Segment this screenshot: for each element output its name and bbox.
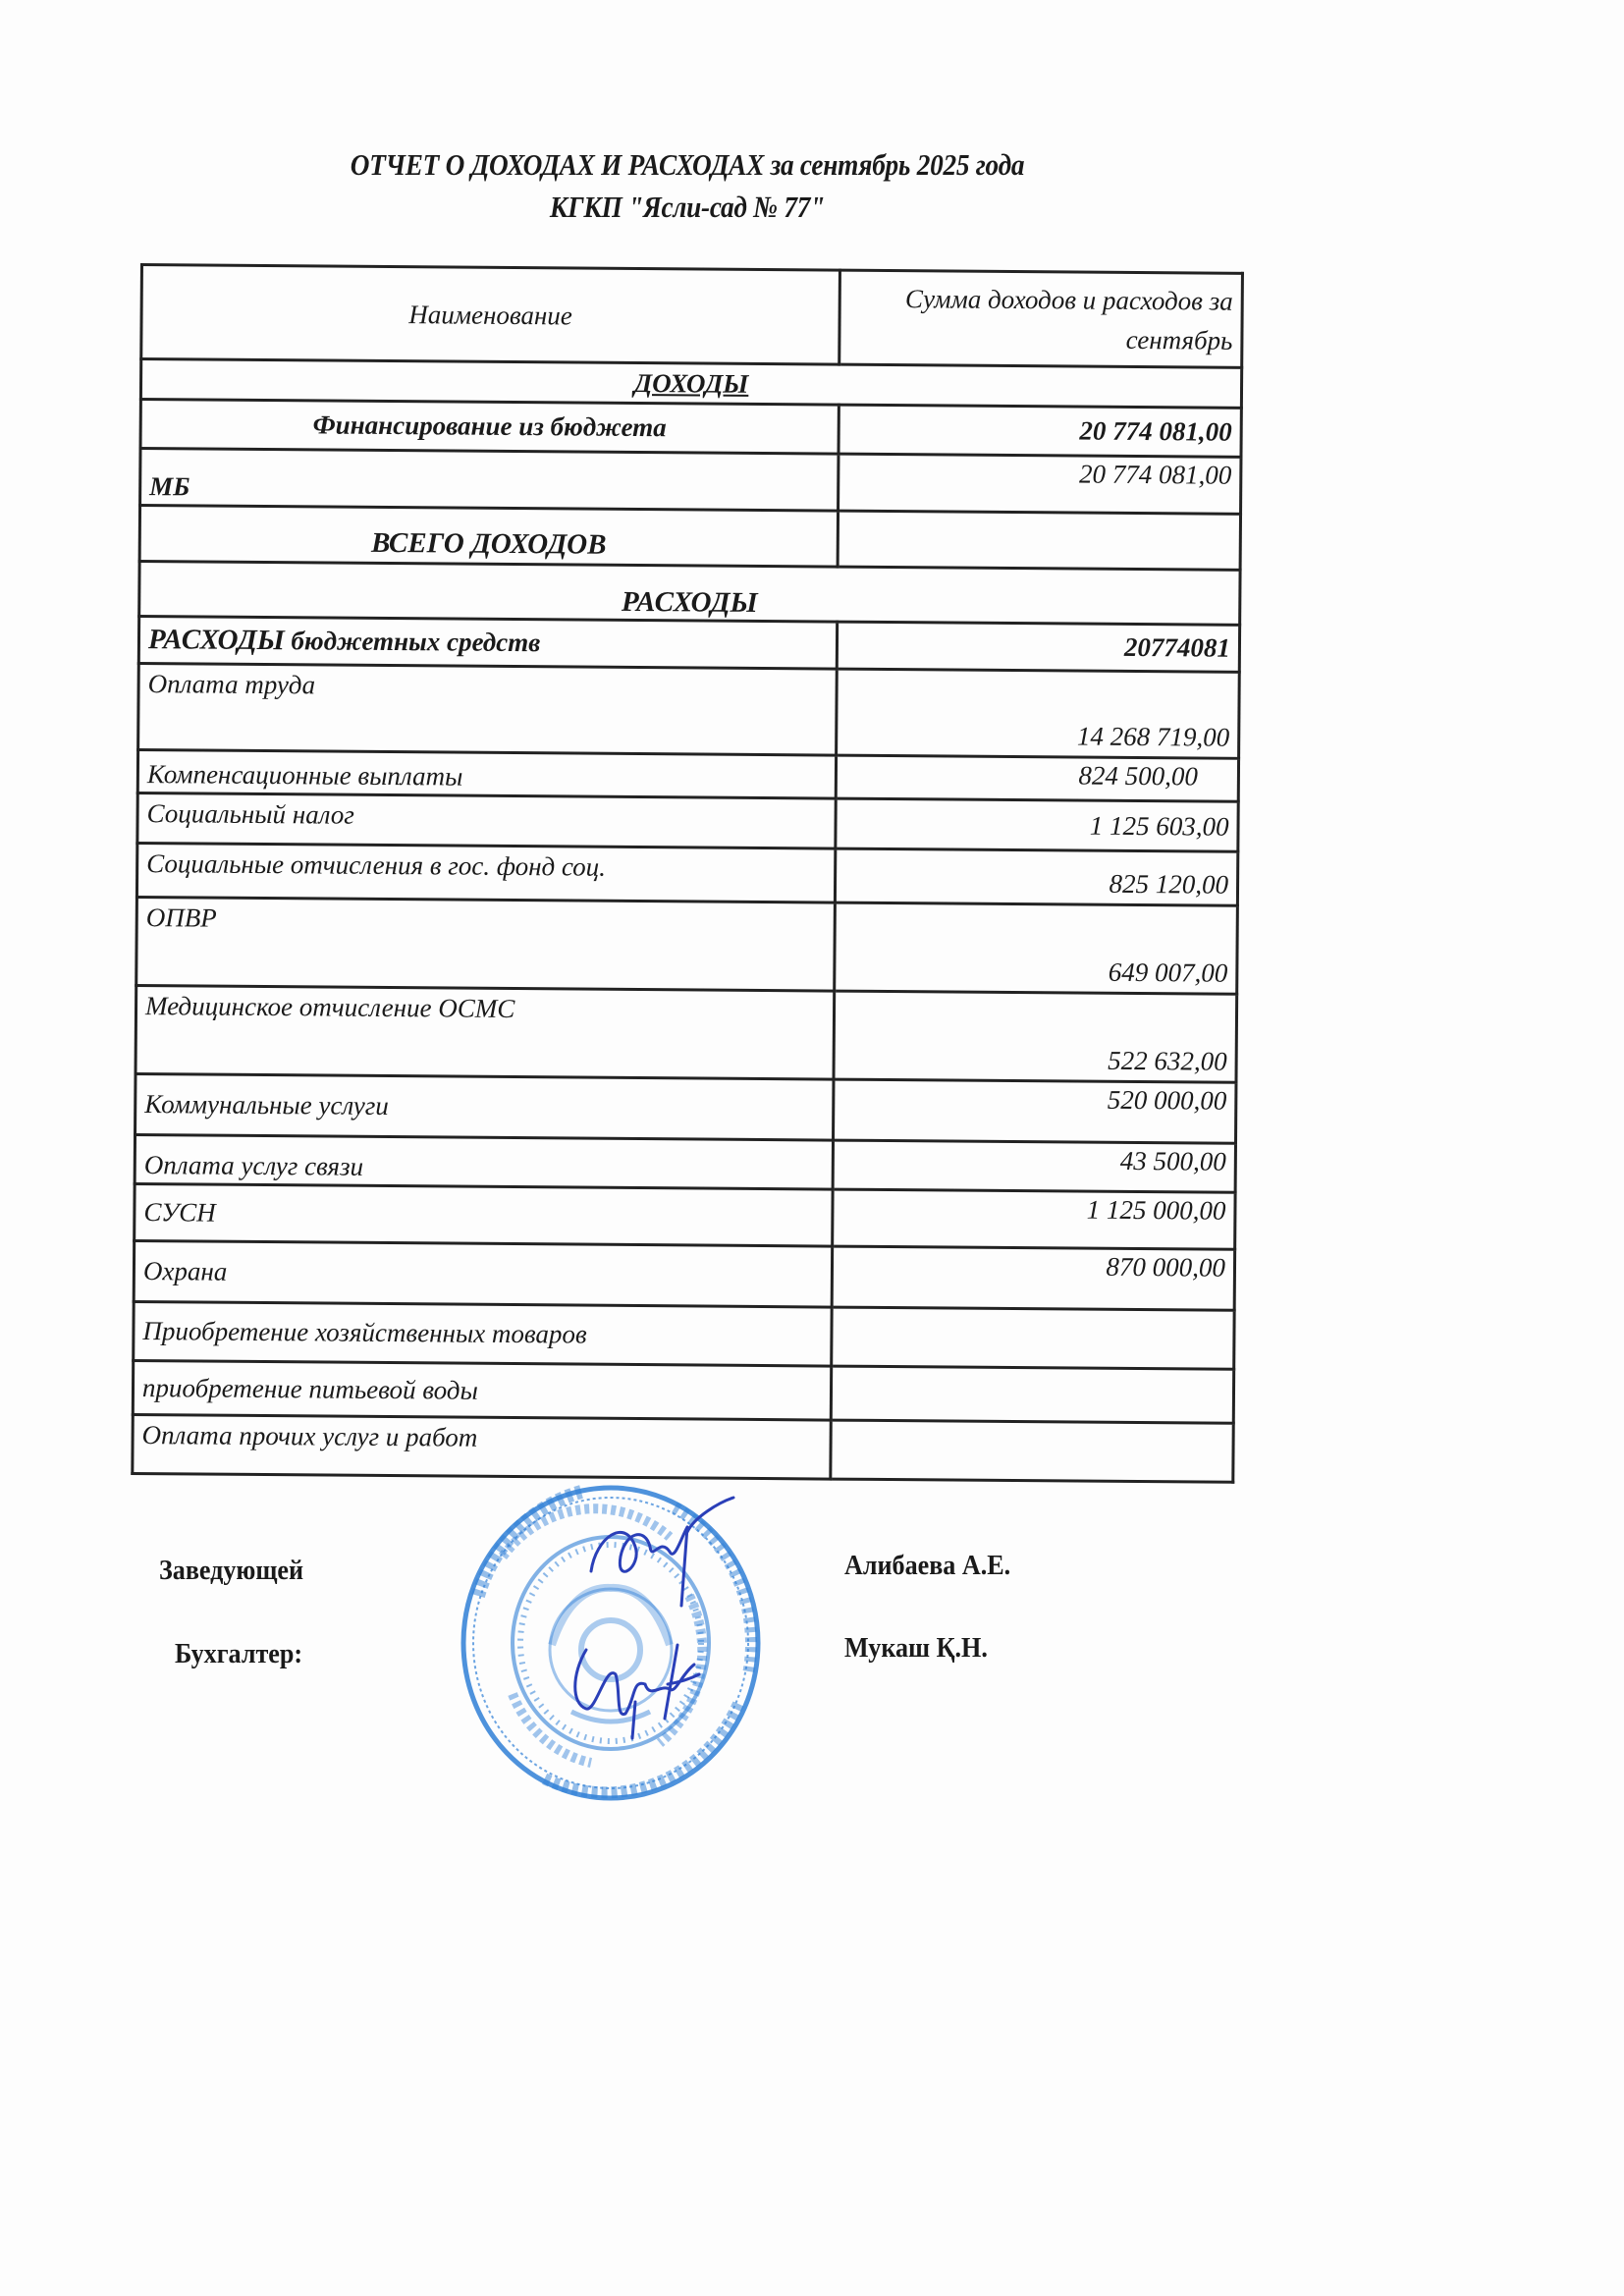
expense-total-row: РАСХОДЫ бюджетных средств 20774081 [138, 617, 1239, 673]
row-amount: 824 500,00 [836, 755, 1238, 801]
row-amount [831, 1420, 1233, 1482]
row-amount: 520 000,00 [834, 1079, 1236, 1143]
table-row: Медицинское отчисление ОСМС 522 632,00 [135, 985, 1237, 1082]
accountant-name: Мукаш Қ.Н. [844, 1632, 988, 1665]
row-amount [838, 511, 1240, 570]
row-amount: 1 125 603,00 [836, 798, 1238, 851]
row-name: приобретение питьевой воды [133, 1360, 831, 1420]
header-name: Наименование [141, 265, 840, 365]
row-name: Коммунальные услуги [135, 1073, 834, 1140]
table-row: Оплата услуг связи 43 500,00 [135, 1134, 1235, 1192]
head-name: Алибаева А.Е. [844, 1550, 1010, 1582]
row-amount [832, 1307, 1234, 1369]
table-row: приобретение питьевой воды [133, 1360, 1233, 1423]
row-amount: 20774081 [837, 622, 1239, 672]
row-amount: 870 000,00 [832, 1246, 1234, 1310]
table-row: Приобретение хозяйственных товаров [134, 1301, 1234, 1369]
official-seal-icon [424, 1478, 792, 1802]
document-page: ОТЧЕТ О ДОХОДАХ И РАСХОДАХ за сентябрь 2… [0, 0, 1624, 2296]
table-row: Коммунальные услуги 520 000,00 [135, 1073, 1236, 1143]
table-row: Охрана 870 000,00 [134, 1240, 1234, 1310]
row-amount [831, 1366, 1233, 1423]
table-row: ОПВР 649 007,00 [136, 897, 1238, 994]
row-name: Социальные отчисления в гос. фонд соц. [136, 843, 835, 902]
organization-name: КГКП "Ясли-сад № 77" [82, 190, 1292, 225]
row-amount: 522 632,00 [834, 991, 1237, 1082]
row-amount: 1 125 000,00 [833, 1189, 1235, 1249]
expense-section-title: РАСХОДЫ [139, 562, 1240, 626]
row-name: РАСХОДЫ бюджетных средств [138, 617, 837, 670]
row-name: Оплата услуг связи [135, 1134, 833, 1189]
accountant-signature-label: Бухгалтер: [175, 1638, 302, 1670]
expense-section-row: РАСХОДЫ [139, 562, 1240, 626]
row-name-rest: бюджетных средств [285, 626, 541, 657]
row-amount: 20 774 081,00 [839, 405, 1241, 457]
head-signature-label: Заведующей [159, 1555, 303, 1587]
row-name: Охрана [134, 1240, 832, 1307]
row-name: ОПВР [136, 897, 836, 991]
row-name: Социальный налог [137, 793, 836, 848]
row-amount: 43 500,00 [833, 1140, 1235, 1192]
row-name: Оплата прочих услуг и работ [133, 1414, 831, 1479]
report-title: ОТЧЕТ О ДОХОДАХ И РАСХОДАХ за сентябрь 2… [82, 147, 1292, 183]
row-amount: 14 268 719,00 [837, 669, 1240, 758]
row-name: ВСЕГО ДОХОДОВ [139, 506, 838, 568]
table-row: СУСН 1 125 000,00 [135, 1183, 1235, 1249]
table-row: МБ 20 774 081,00 [140, 449, 1241, 515]
table-row: Финансирование из бюджета 20 774 081,00 [140, 400, 1241, 458]
row-name: Оплата труда [138, 663, 838, 755]
total-income-row: ВСЕГО ДОХОДОВ [139, 506, 1240, 571]
table-row: Социальный налог 1 125 603,00 [137, 793, 1238, 851]
table-row: Социальные отчисления в гос. фонд соц. 8… [136, 843, 1237, 905]
table-header-row: Наименование Сумма доходов и расходов за… [141, 265, 1243, 368]
row-name: Медицинское отчисление ОСМС [135, 985, 835, 1079]
row-name: СУСН [135, 1183, 833, 1246]
row-name: Компенсационные выплаты [137, 749, 836, 798]
row-amount: 649 007,00 [835, 902, 1238, 994]
row-name: МБ [140, 449, 839, 512]
header-amount: Сумма доходов и расходов за сентябрь [839, 270, 1243, 367]
table-row: Оплата прочих услуг и работ [133, 1414, 1233, 1482]
row-amount: 20 774 081,00 [839, 454, 1241, 514]
income-expense-table: Наименование Сумма доходов и расходов за… [131, 263, 1244, 1484]
row-name-bold: РАСХОДЫ [148, 624, 285, 656]
row-amount: 825 120,00 [835, 848, 1237, 905]
row-name: Финансирование из бюджета [140, 400, 839, 455]
table-row: Оплата труда 14 268 719,00 [138, 663, 1240, 758]
row-name: Приобретение хозяйственных товаров [134, 1301, 832, 1366]
